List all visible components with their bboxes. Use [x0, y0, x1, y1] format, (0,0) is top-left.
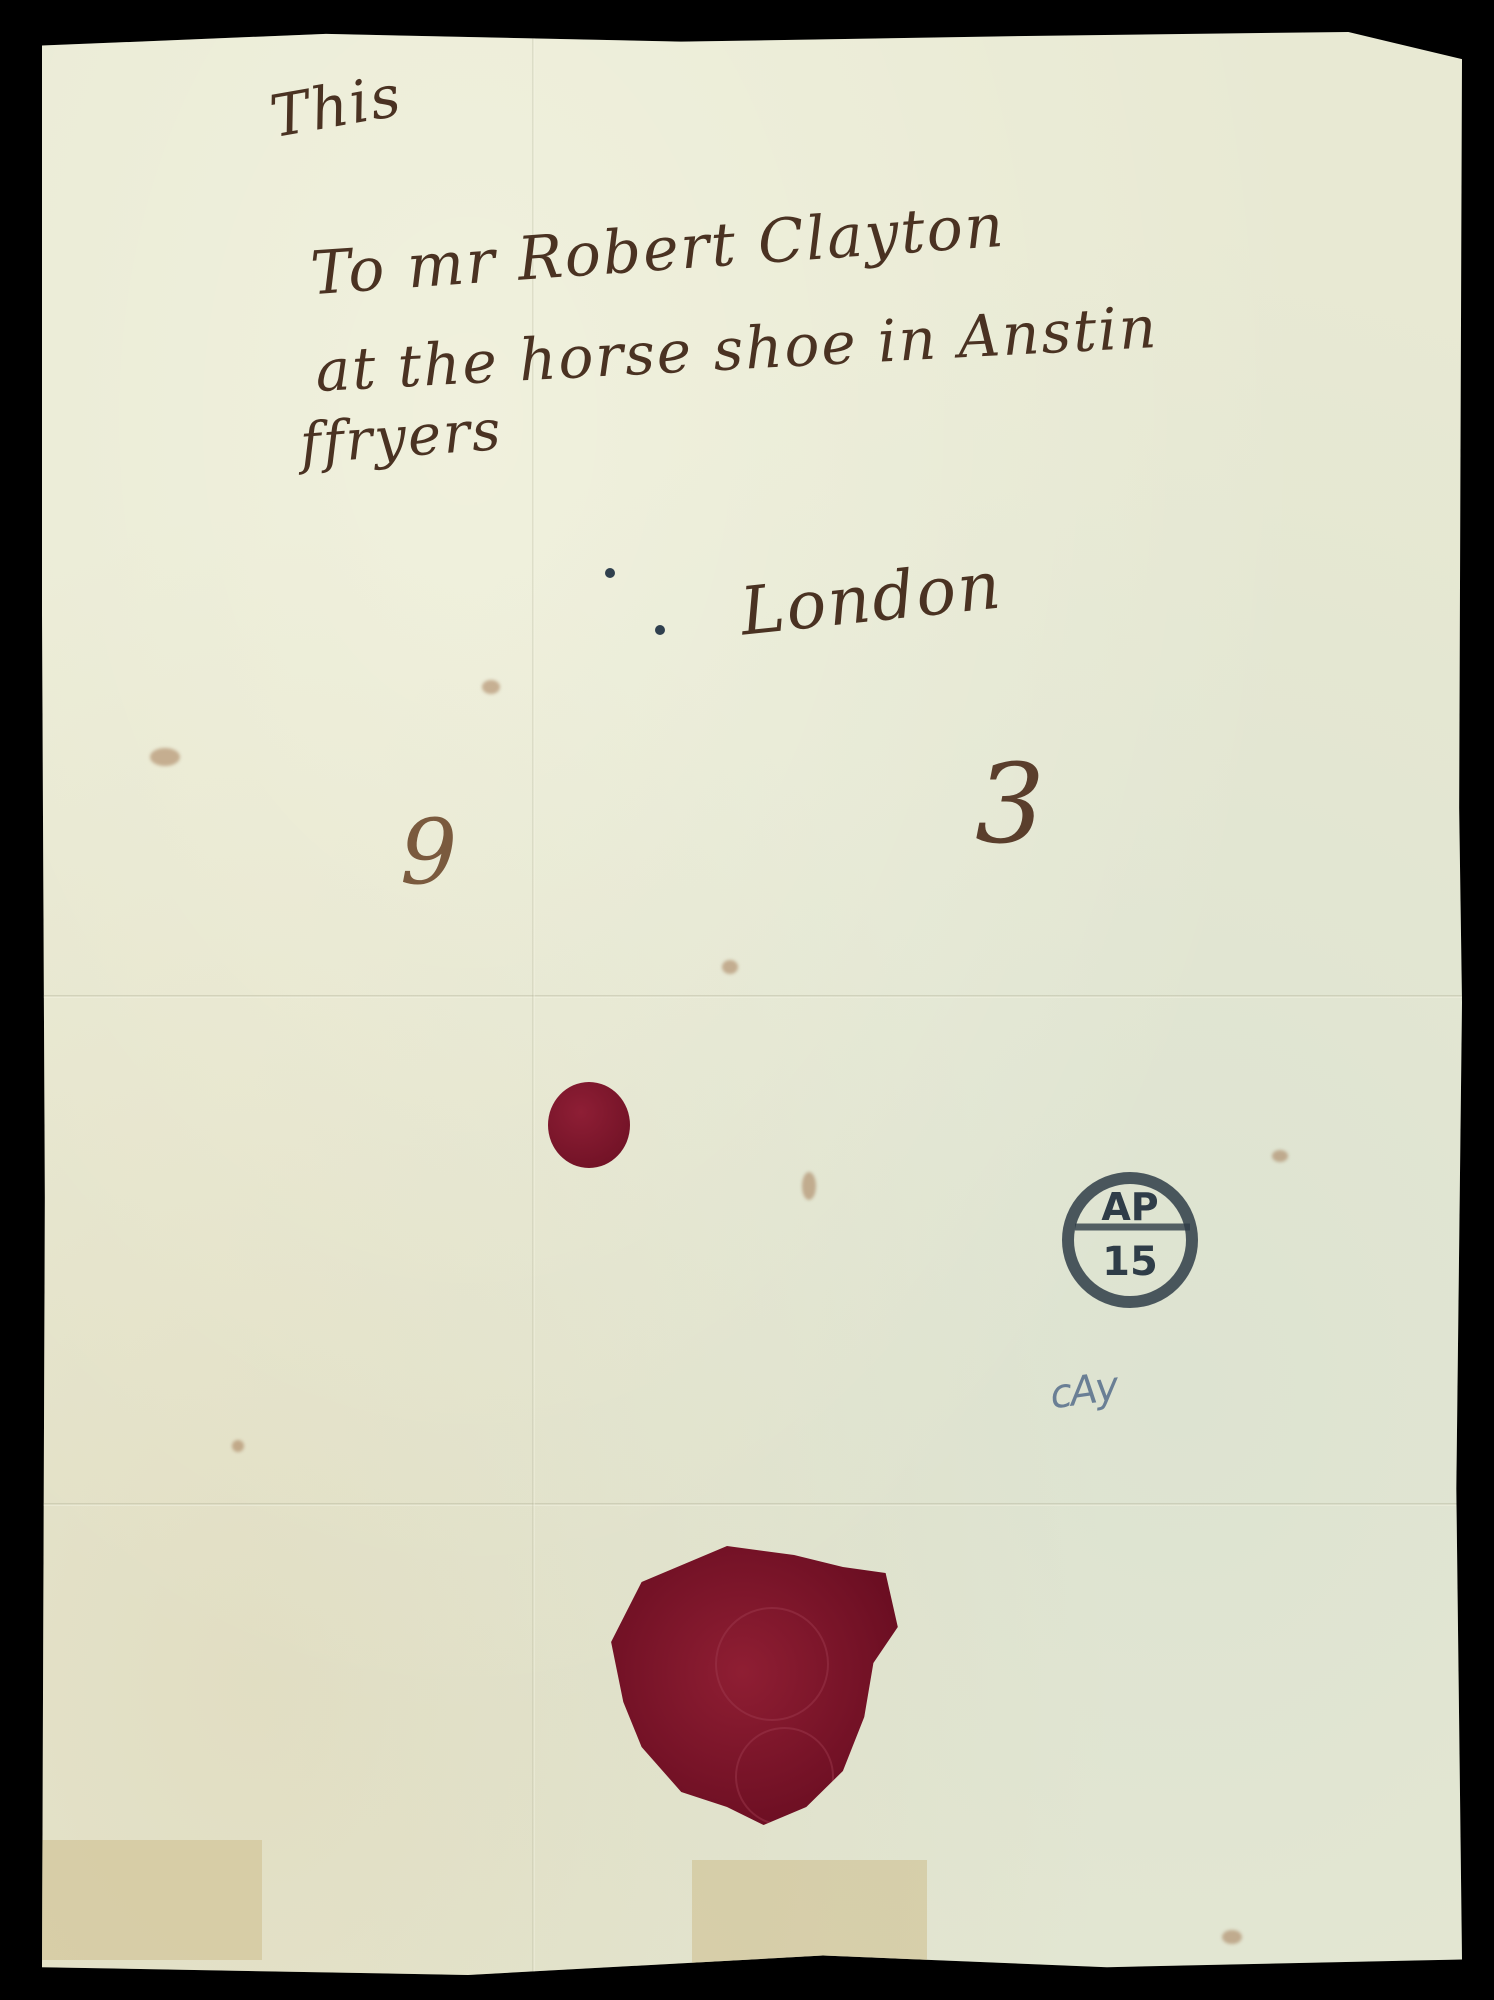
fold-line — [42, 995, 1462, 998]
ink-spot — [605, 568, 615, 578]
seal-impression — [715, 1607, 829, 1721]
fold-line — [532, 30, 535, 1975]
fold-line — [42, 1503, 1462, 1506]
ink-stain — [232, 1440, 244, 1452]
ink-spot — [655, 625, 665, 635]
pencil-notation: cAy — [1047, 1364, 1120, 1419]
postmark-day: 15 — [1102, 1239, 1158, 1285]
ink-stain — [150, 748, 180, 766]
ink-stain — [722, 960, 738, 974]
tape-residue — [692, 1860, 927, 1970]
tape-residue — [42, 1840, 262, 1960]
rate-mark-3: 3 — [975, 740, 1047, 868]
ink-stain — [1222, 1930, 1242, 1944]
ink-stain — [1272, 1150, 1288, 1162]
rate-mark-9: 9 — [400, 800, 459, 905]
small-wax-seal — [548, 1082, 630, 1168]
ink-stain — [802, 1172, 816, 1200]
postmark-month: AP — [1101, 1185, 1158, 1229]
ink-stain — [482, 680, 500, 694]
bishop-postmark: AP 15 — [1050, 1165, 1210, 1320]
